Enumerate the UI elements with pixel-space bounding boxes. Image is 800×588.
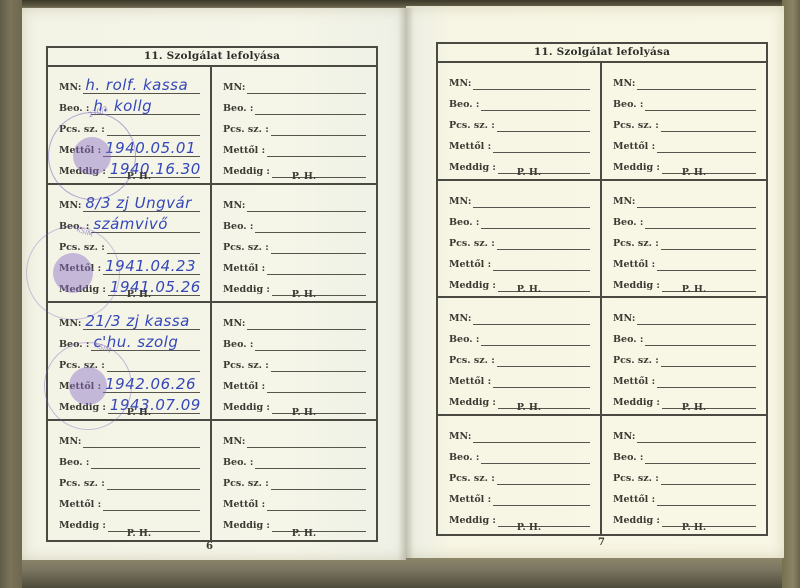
stamp-place-label: P. H.	[438, 522, 600, 533]
field-pcs[interactable]: Pcs. sz. :	[613, 111, 756, 132]
handwritten-mn: h. rolf. kassa	[85, 78, 188, 93]
entry-cell: MN:21/3 zj kassa Beo. :c'hu. szolg Pcs. …	[48, 303, 212, 421]
field-mn[interactable]: MN:	[613, 304, 756, 325]
field-beo[interactable]: Beo. :	[223, 448, 366, 469]
field-pcs[interactable]: Pcs. sz. :	[59, 115, 200, 136]
field-pcs[interactable]: Pcs. sz. :	[613, 229, 756, 250]
field-mettol[interactable]: Mettől :	[613, 485, 756, 506]
form-title: 11. Szolgálat lefolyása	[438, 44, 766, 63]
field-pcs[interactable]: Pcs. sz. :	[59, 469, 200, 490]
handwritten-beo: h. kollg	[93, 99, 152, 114]
entry-cell: MN: Beo. : Pcs. sz. : Mettől : Meddig : …	[602, 298, 766, 416]
entry-cell: MN: Beo. : Pcs. sz. : Mettől : Meddig : …	[602, 181, 766, 299]
entry-cell: MN: Beo. : Pcs. sz. : Mettől : Meddig : …	[48, 421, 212, 539]
field-mettol[interactable]: Mettől :	[59, 490, 200, 511]
field-beo[interactable]: Beo. :c'hu. szolg	[59, 330, 200, 351]
field-pcs[interactable]: Pcs. sz. :	[223, 233, 366, 254]
stamp-place-label: P. H.	[48, 289, 210, 300]
spine	[398, 8, 414, 560]
field-mettol[interactable]: Mettől :1941.04.23	[59, 254, 200, 275]
entry-cell: MN: Beo. : Pcs. sz. : Mettől : Meddig : …	[438, 298, 602, 416]
page-number-left: 6	[206, 541, 213, 552]
field-mettol[interactable]: Mettől :	[449, 250, 590, 271]
entry-cell: MN: Beo. : Pcs. sz. : Mettől : Meddig : …	[438, 63, 602, 181]
field-beo[interactable]: Beo. :számvivő	[59, 212, 200, 233]
entry-cell: MN:h. rolf. kassa Beo. :h. kollg Pcs. sz…	[48, 67, 212, 185]
stamp-place-label: P. H.	[602, 522, 766, 533]
field-pcs[interactable]: Pcs. sz. :	[223, 469, 366, 490]
field-pcs[interactable]: Pcs. sz. :	[223, 115, 366, 136]
handwritten-beo: c'hu. szolg	[93, 335, 178, 350]
field-pcs[interactable]: Pcs. sz. :	[449, 111, 590, 132]
entry-cell: MN: Beo. : Pcs. sz. : Mettől : Meddig : …	[212, 67, 376, 185]
stamp-place-label: P. H.	[212, 171, 376, 182]
field-pcs[interactable]: Pcs. sz. :	[449, 464, 590, 485]
stamp-place-label: P. H.	[48, 528, 210, 539]
field-mettol[interactable]: Mettől :	[449, 485, 590, 506]
field-beo[interactable]: Beo. :	[223, 330, 366, 351]
field-mettol[interactable]: Mettől :1942.06.26	[59, 372, 200, 393]
field-mettol[interactable]: Mettől :	[613, 250, 756, 271]
field-pcs[interactable]: Pcs. sz. :	[223, 351, 366, 372]
field-mn[interactable]: MN:21/3 zj kassa	[59, 309, 200, 330]
entry-cell: MN: Beo. : Pcs. sz. : Mettől : Meddig : …	[602, 63, 766, 181]
stamp-place-label: P. H.	[438, 284, 600, 295]
field-mn[interactable]: MN:	[223, 309, 366, 330]
form-title: 11. Szolgálat lefolyása	[48, 48, 376, 67]
entry-cell: MN: Beo. : Pcs. sz. : Mettől : Meddig : …	[212, 303, 376, 421]
field-beo[interactable]: Beo. :	[449, 325, 590, 346]
field-mettol[interactable]: Mettől :	[613, 132, 756, 153]
field-pcs[interactable]: Pcs. sz. :	[613, 464, 756, 485]
field-pcs[interactable]: Pcs. sz. :	[59, 351, 200, 372]
field-mettol[interactable]: Mettől :	[613, 367, 756, 388]
service-record-form-right: 11. Szolgálat lefolyása MN: Beo. : Pcs. …	[436, 42, 768, 536]
field-mn[interactable]: MN:	[223, 191, 366, 212]
field-beo[interactable]: Beo. :	[449, 443, 590, 464]
field-mettol[interactable]: Mettől :	[223, 372, 366, 393]
handwritten-mettol: 1940.05.01	[105, 141, 196, 156]
service-record-form-left: 11. Szolgálat lefolyása MN:h. rolf. kass…	[46, 46, 378, 542]
field-mettol[interactable]: Mettől :	[223, 490, 366, 511]
field-mettol[interactable]: Mettől :	[223, 254, 366, 275]
field-mn[interactable]: MN:	[223, 427, 366, 448]
entry-cell: MN: Beo. : Pcs. sz. : Mettől : Meddig : …	[212, 185, 376, 303]
field-mn[interactable]: MN:	[449, 422, 590, 443]
stamp-place-label: P. H.	[212, 407, 376, 418]
field-mn[interactable]: MN:h. rolf. kassa	[59, 73, 200, 94]
field-pcs[interactable]: Pcs. sz. :	[613, 346, 756, 367]
entry-grid: MN: Beo. : Pcs. sz. : Mettől : Meddig : …	[438, 63, 766, 534]
page-number-right: 7	[598, 537, 605, 548]
field-pcs[interactable]: Pcs. sz. :	[449, 229, 590, 250]
field-beo[interactable]: Beo. :	[449, 208, 590, 229]
field-mettol[interactable]: Mettől :1940.05.01	[59, 136, 200, 157]
field-beo[interactable]: Beo. :	[613, 325, 756, 346]
field-mn[interactable]: MN:	[59, 427, 200, 448]
handwritten-mettol: 1942.06.26	[105, 377, 196, 392]
field-mn[interactable]: MN:	[223, 73, 366, 94]
field-mettol[interactable]: Mettől :	[223, 136, 366, 157]
field-beo[interactable]: Beo. :	[613, 443, 756, 464]
handwritten-mettol: 1941.04.23	[105, 259, 196, 274]
field-pcs[interactable]: Pcs. sz. :	[59, 233, 200, 254]
field-mn[interactable]: MN:	[449, 304, 590, 325]
field-beo[interactable]: Beo. :	[223, 94, 366, 115]
stamp-place-label: P. H.	[48, 171, 210, 182]
stamp-place-label: P. H.	[212, 528, 376, 539]
stamp-place-label: P. H.	[438, 402, 600, 413]
field-pcs[interactable]: Pcs. sz. :	[449, 346, 590, 367]
field-beo[interactable]: Beo. :	[449, 90, 590, 111]
entry-cell: MN: Beo. : Pcs. sz. : Mettől : Meddig : …	[212, 421, 376, 539]
field-mettol[interactable]: Mettől :	[449, 367, 590, 388]
stamp-place-label: P. H.	[212, 289, 376, 300]
field-mn[interactable]: MN:	[449, 187, 590, 208]
entry-grid: MN:h. rolf. kassa Beo. :h. kollg Pcs. sz…	[48, 67, 376, 540]
field-beo[interactable]: Beo. :h. kollg	[59, 94, 200, 115]
stamp-place-label: P. H.	[602, 402, 766, 413]
stamp-place-label: P. H.	[602, 284, 766, 295]
handwritten-mn: 8/3 zj Ungvár	[85, 196, 191, 211]
field-mn[interactable]: MN:	[449, 69, 590, 90]
field-mn[interactable]: MN:8/3 zj Ungvár	[59, 191, 200, 212]
entry-cell: MN: Beo. : Pcs. sz. : Mettől : Meddig : …	[438, 416, 602, 534]
field-mettol[interactable]: Mettől :	[449, 132, 590, 153]
stamp-place-label: P. H.	[602, 167, 766, 178]
field-beo[interactable]: Beo. :	[223, 212, 366, 233]
field-mn[interactable]: MN:	[613, 422, 756, 443]
stamp-place-label: P. H.	[48, 407, 210, 418]
field-beo[interactable]: Beo. :	[613, 90, 756, 111]
field-mn[interactable]: MN:	[613, 69, 756, 90]
entry-cell: MN: Beo. : Pcs. sz. : Mettől : Meddig : …	[438, 181, 602, 299]
field-beo[interactable]: Beo. :	[59, 448, 200, 469]
field-beo[interactable]: Beo. :	[613, 208, 756, 229]
handwritten-mn: 21/3 zj kassa	[85, 314, 189, 329]
stamp-place-label: P. H.	[438, 167, 600, 178]
field-mn[interactable]: MN:	[613, 187, 756, 208]
entry-cell: MN:8/3 zj Ungvár Beo. :számvivő Pcs. sz.…	[48, 185, 212, 303]
handwritten-beo: számvivő	[93, 217, 168, 232]
cover-edge	[782, 0, 800, 588]
entry-cell: MN: Beo. : Pcs. sz. : Mettől : Meddig : …	[602, 416, 766, 534]
